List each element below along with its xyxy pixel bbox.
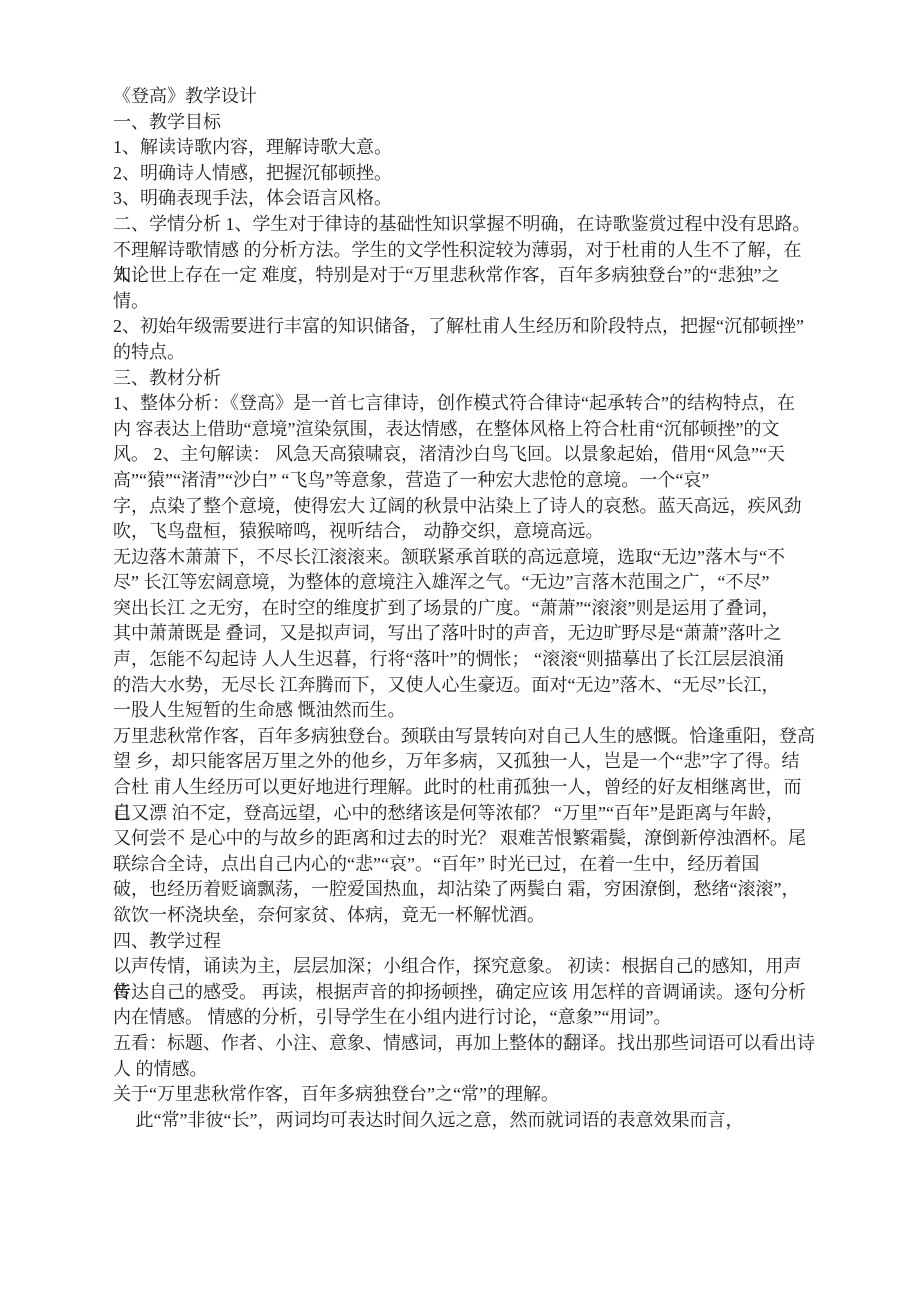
text-line: 欲饮一杯浇块垒，奈何家贫、体病，竟无一杯解忧酒。 [113,903,817,929]
document-text: 《登高》教学设计 一、教学目标 1、解读诗歌内容，理解诗歌大意。 2、明确诗人情… [113,84,817,1133]
section-heading-learner-analysis: 二、学情分析 1、学生对于律诗的基础性知识掌握不明确，在诗歌鉴赏过程中没有思路。 [113,212,817,238]
text-line: 吹，飞鸟盘桓，猿猴啼鸣，视听结合， 动静交织，意境高远。 [113,519,817,545]
text-line: 关于“万里悲秋常作客，百年多病独登台”之“常”的理解。 [113,1082,817,1108]
text-line: 1、整体分析：《登高》是一首七言律诗，创作模式符合律诗“起承转合”的结构特点，在 [113,391,817,417]
section-heading-material-analysis: 三、教材分析 [113,366,817,392]
text-line: 一股人生短暂的生命感 慨油然而生。 [113,698,817,724]
section-heading-objectives: 一、教学目标 [113,110,817,136]
text-line: 联综合全诗，点出自己内心的“悲”“哀”。“百年” 时光已过，在着一生中，经历着国 [113,852,817,878]
document-title: 《登高》教学设计 [113,84,817,110]
text-line: 高”“猿”“渚清”“沙白” “飞鸟”等意象，营造了一种宏大悲怆的意境。一个“哀” [113,468,817,494]
text-line: 内在情感。 情感的分析，引导学生在小组内进行讨论，“意象”“用词”。 [113,1005,817,1031]
text-line: 2、初始年级需要进行丰富的知识储备，了解杜甫人生经历和阶段特点，把握“沉郁顿挫” [113,314,817,340]
text-line: 3、明确表现手法，体会语言风格。 [113,186,817,212]
text-line: 万里悲秋常作客，百年多病独登台。颈联由写景转向对自己人生的感慨。恰逢重阳，登高 [113,724,817,750]
text-line: 其中萧萧既是 叠词，又是拟声词，写出了落叶时的声音，无边旷野尽是“萧萧”落叶之 [113,621,817,647]
text-line: 字，点染了整个意境，使得宏大 辽阔的秋景中沾染上了诗人的哀愁。蓝天高远，疾风劲 [113,494,817,520]
text-line: 情。 [113,289,817,315]
text-line: 无边落木萧萧下，不尽长江滚滚来。颔联紧承首联的高远意境，选取“无边”落木与“不 [113,545,817,571]
text-line: 1、解读诗歌内容，理解诗歌大意。 [113,135,817,161]
text-line: 己又漂 泊不定，登高远望，心中的愁绪该是何等浓郁？ “万里”“百年”是距离与年龄… [113,801,817,827]
text-line: 此“常”非彼“长”，两词均可表达时间久远之意，然而就词语的表意效果而言， [113,1108,817,1134]
text-line: 的浩大水势，无尽长 江奔腾而下，又使人心生豪迈。面对“无边”落木、“无尽”长江， [113,673,817,699]
text-line: 五看：标题、作者、小注、意象、情感词，再加上整体的翻译。找出那些词语可以看出诗 [113,1031,817,1057]
document-page: 《登高》教学设计 一、教学目标 1、解读诗歌内容，理解诗歌大意。 2、明确诗人情… [0,0,920,1301]
text-line: 又何尝不 是心中的与故乡的距离和过去的时光？ 艰难苦恨繁霜鬓，潦倒新停浊酒杯。尾 [113,826,817,852]
text-line: 突出长江 之无穷，在时空的维度扩到了场景的广度。“萧萧”“滚滚”则是运用了叠词， [113,596,817,622]
text-line: 以声传情，诵读为主，层层加深；小组合作，探究意象。 初读：根据自己的感知，用声音 [113,954,817,980]
text-line: 声，怎能不勾起诗 人人生迟暮，行将“落叶”的惆怅； “滚滚“则描摹出了长江层层浪… [113,647,817,673]
text-line: 的特点。 [113,340,817,366]
text-line: 人论世上存在一定 难度，特别是对于“万里悲秋常作客，百年多病独登台”的“悲独”之 [113,263,817,289]
text-line: 不理解诗歌情感 的分析方法。学生的文学性积淀较为薄弱，对于杜甫的人生不了解，在知 [113,238,817,264]
text-line: 风。 2、主句解读： 风急天高猿啸哀，渚清沙白鸟飞回。以景象起始，借用“风急”“… [113,442,817,468]
section-heading-teaching-process: 四、教学过程 [113,929,817,955]
text-line: 尽” 长江等宏阔意境，为整体的意境注入雄浑之气。“无边”言落木范围之广，“不尽” [113,570,817,596]
text-line: 人 的情感。 [113,1057,817,1083]
text-line: 合杜 甫人生经历可以更好地进行理解。此时的杜甫孤独一人，曾经的好友相继离世，而自 [113,775,817,801]
text-line: 2、明确诗人情感，把握沉郁顿挫。 [113,161,817,187]
text-line: 内 容表达上借助“意境”渲染氛围，表达情感，在整体风格上符合杜甫“沉郁顿挫”的文 [113,417,817,443]
text-line: 破，也经历着贬谪飘荡，一腔爱国热血，却沾染了两鬓白 霜，穷困潦倒，愁绪“滚滚”， [113,877,817,903]
text-line: 传达自己的感受。 再读，根据声音的抑扬顿挫，确定应该 用怎样的音调诵读。逐句分析 [113,980,817,1006]
text-line: 望 乡，却只能客居万里之外的他乡，万年多病，又孤独一人，岂是一个“悲”字了得。结 [113,749,817,775]
